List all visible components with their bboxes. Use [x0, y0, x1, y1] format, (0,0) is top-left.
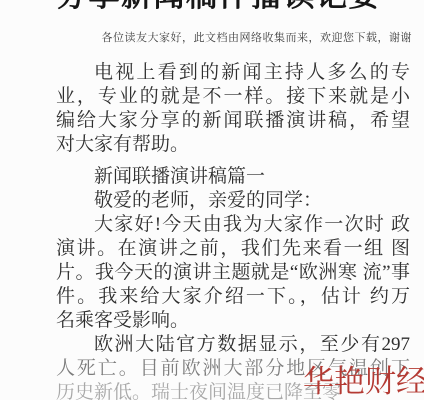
- document-page: 分享新闻稿件播读记要 各位读友大家好，此文档由网络收集而来，欢迎您下载，谢谢 电…: [0, 0, 424, 400]
- body-line: 片。我今天的演讲主题就是“欧洲寒 流”事: [56, 261, 410, 285]
- body-line: 大家好!今天由我为大家作一次时 政: [56, 213, 410, 237]
- body-line: 演讲。在演讲之前，我们先来看一组 图: [56, 237, 410, 261]
- body-line: 名乘客受影响。: [56, 309, 410, 333]
- document-body: 电视上看到的新闻主持人多么的专 业，专业的就是不一样。接下来就是小 编给大家分享…: [0, 61, 424, 400]
- body-line: 电视上看到的新闻主持人多么的专: [56, 61, 410, 85]
- body-line: 编给大家分享的新闻联播演讲稿，希望: [56, 109, 410, 133]
- body-line: 件。我来给大家介绍一下。，估计 约万: [56, 285, 410, 309]
- watermark-text: 华艳财经: [303, 365, 424, 399]
- paragraph-gap: [56, 157, 410, 165]
- body-line: 对大家有帮助。: [56, 133, 410, 157]
- body-line: 业，专业的就是不一样。接下来就是小: [56, 85, 410, 109]
- collection-notice: 各位读友大家好，此文档由网络收集而来，欢迎您下载，谢谢: [0, 31, 424, 45]
- page-title: 分享新闻稿件播读记要: [56, 0, 424, 11]
- section-heading-line: 新闻联播演讲稿篇一: [56, 165, 410, 189]
- body-line: 敬爱的老师，亲爱的同学：: [56, 189, 410, 213]
- body-line: 欧洲大陆官方数据显示，至少有297: [56, 333, 410, 357]
